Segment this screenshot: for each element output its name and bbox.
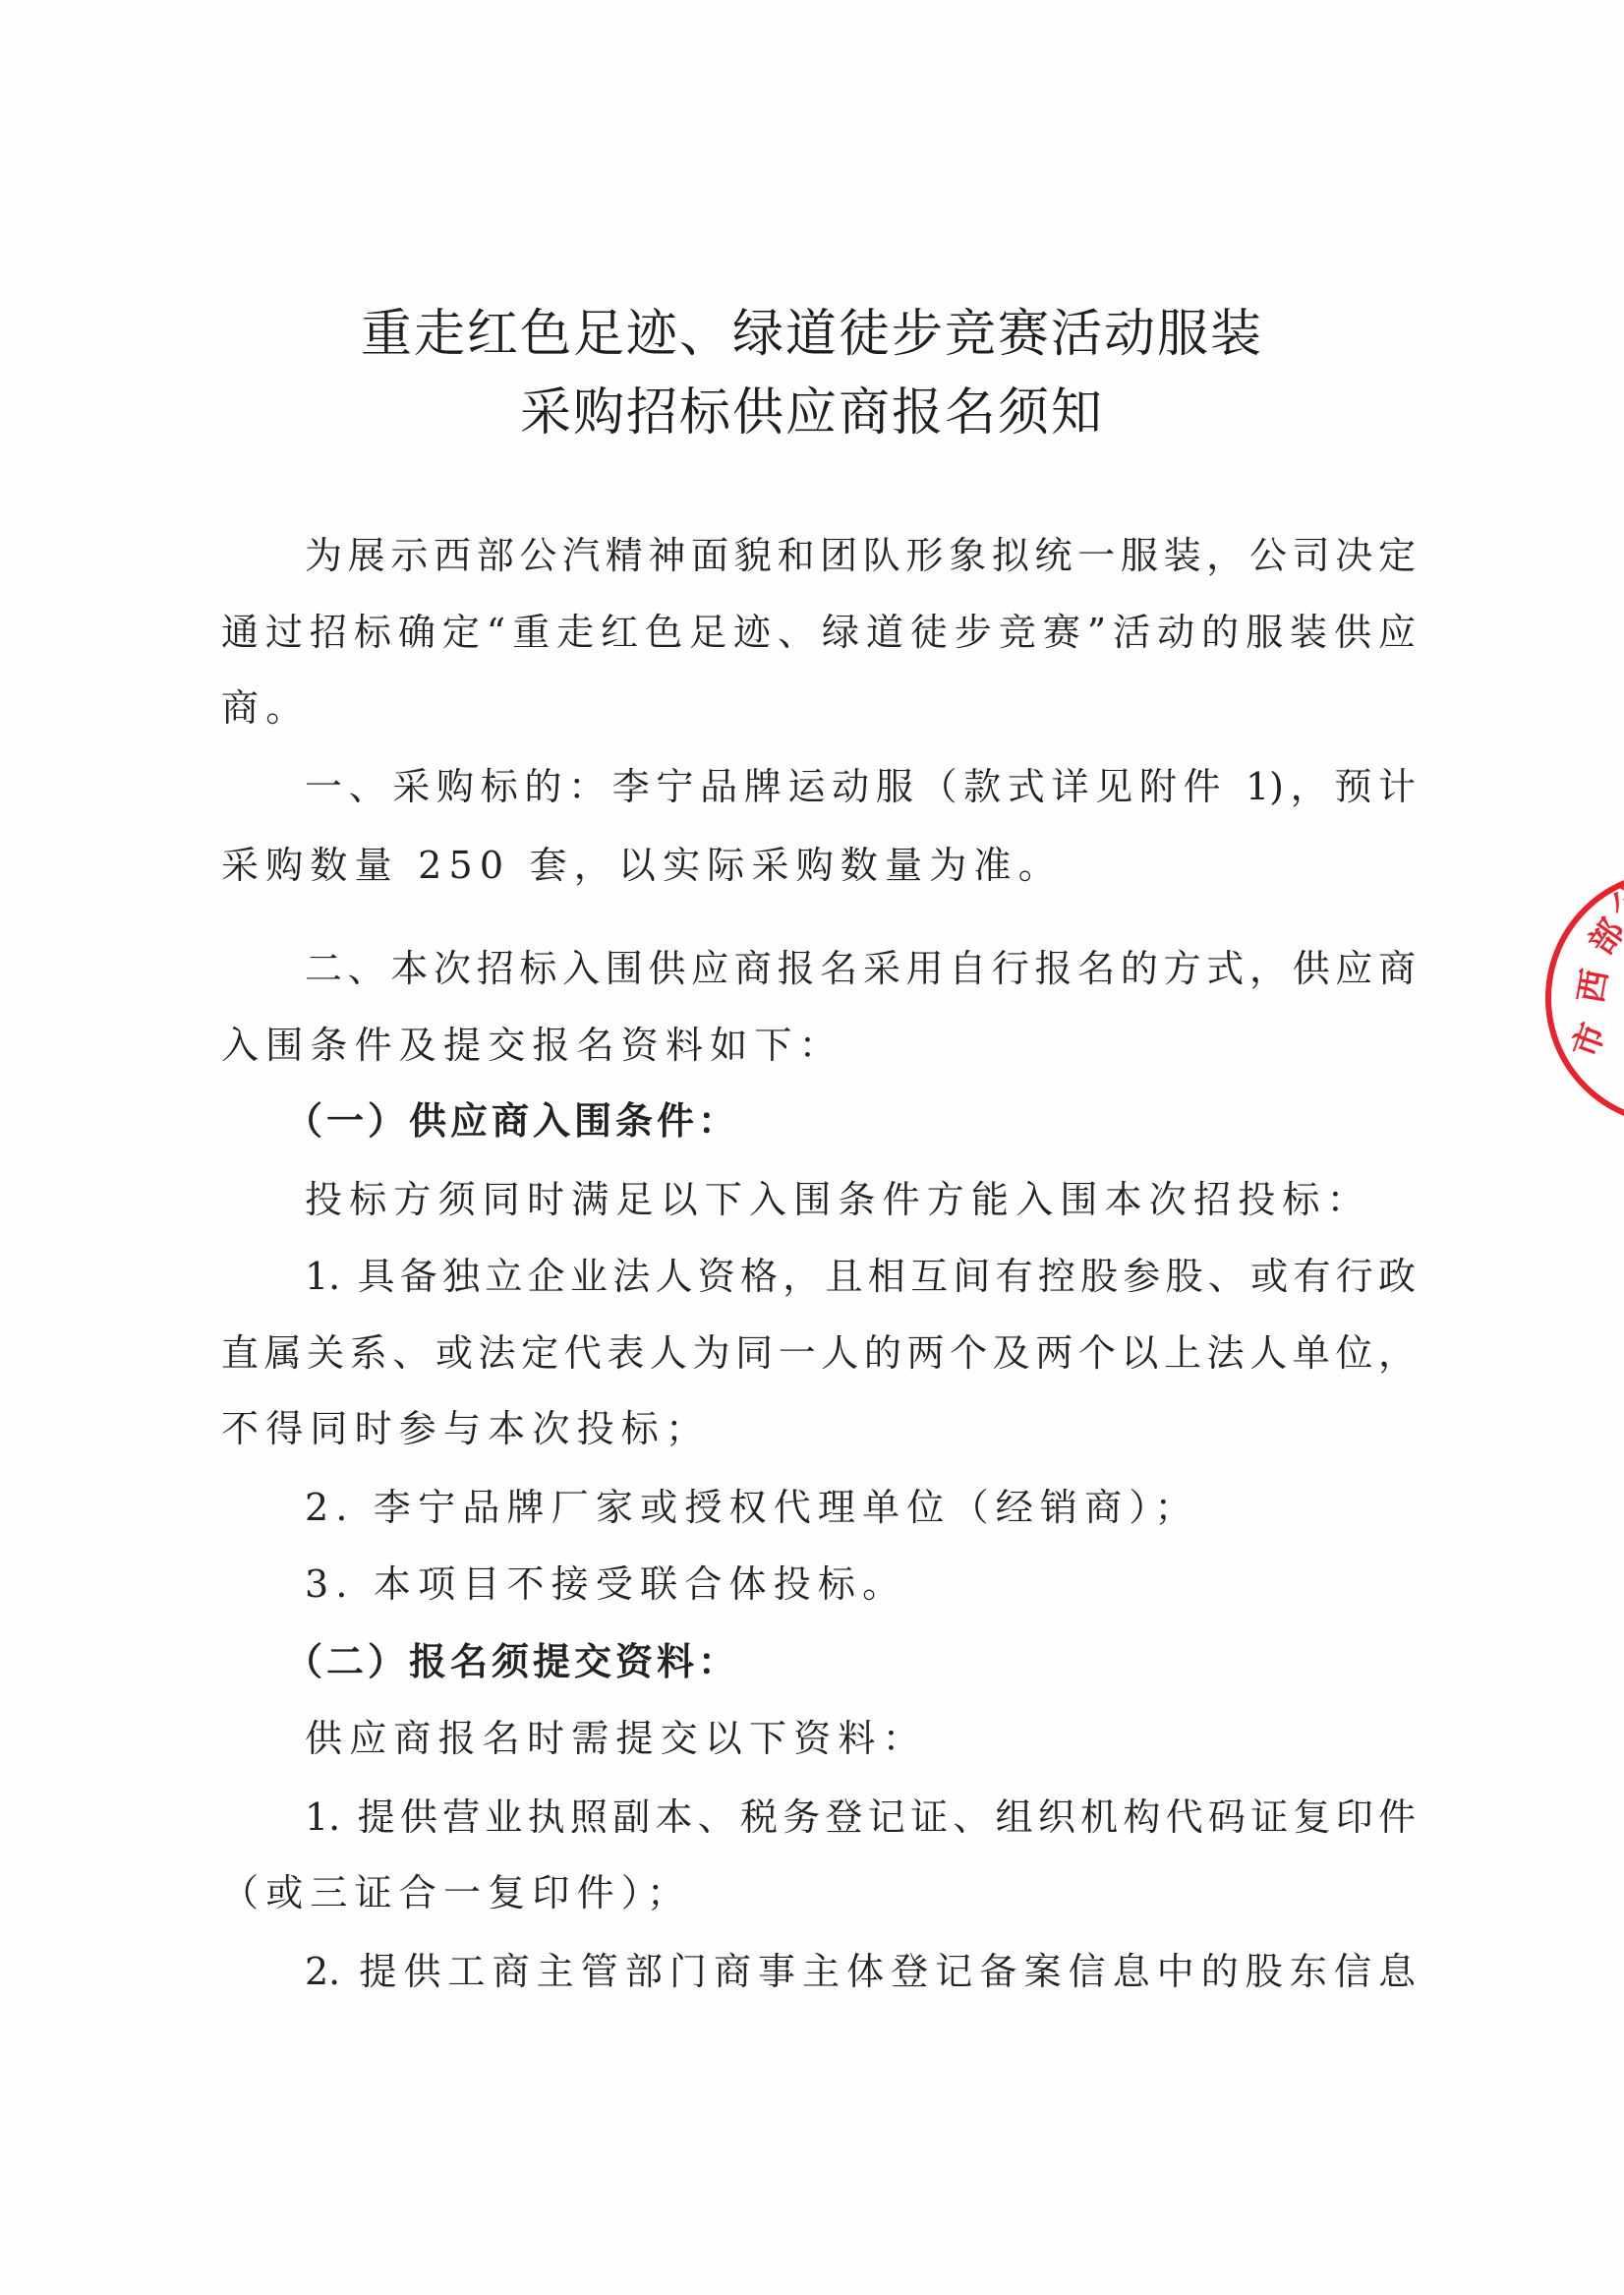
intro-line-1: 为展示西部公汽精神面貌和团队形象拟统一服装，公司决定 xyxy=(305,531,1416,580)
material-2-line-1: 2. 提供工商主管部门商事主体登记备案信息中的股东信息 xyxy=(305,1947,1416,1996)
material-1-line-2: （或三证合一复印件）； xyxy=(221,1868,1416,1917)
seal-char: 市 xyxy=(1568,1019,1611,1062)
subsection-1-heading: （一）供应商入围条件： xyxy=(285,1096,1479,1146)
condition-3: 3. 本项目不接受联合体投标。 xyxy=(305,1559,1416,1609)
condition-1-line-1: 1. 具备独立企业法人资格，且相互间有控股参股、或有行政 xyxy=(305,1252,1416,1301)
section-1-line-2: 采购数量 250 套，以实际采购数量为准。 xyxy=(221,841,1416,890)
section-2-line-1: 二、本次招标入围供应商报名采用自行报名的方式，供应商 xyxy=(305,944,1416,993)
document-page: 重走红色足迹、绿道徒步竞赛活动服装 采购招标供应商报名须知 为展示西部公汽精神面… xyxy=(0,0,1624,2295)
condition-1-line-3: 不得同时参与本次投标； xyxy=(221,1404,1416,1453)
section-2-line-2: 入围条件及提交报名资料如下： xyxy=(221,1021,1416,1070)
official-seal-stamp: 市 西 部 公 xyxy=(1545,870,1624,1126)
condition-2: 2. 李宁品牌厂家或授权代理单位（经销商）； xyxy=(305,1483,1416,1532)
subsection-2-lead: 供应商报名时需提交以下资料： xyxy=(305,1714,1416,1763)
intro-line-3: 商。 xyxy=(221,683,1416,733)
document-title-line-1: 重走红色足迹、绿道徒步竞赛活动服装 xyxy=(0,305,1624,364)
condition-1-line-2: 直属关系、或法定代表人为同一人的两个及两个以上法人单位， xyxy=(221,1328,1416,1378)
subsection-2-heading: （二）报名须提交资料： xyxy=(285,1637,1479,1686)
material-1-line-1: 1. 提供营业执照副本、税务登记证、组织机构代码证复印件 xyxy=(305,1793,1416,1842)
intro-line-2: 通过招标确定“重走红色足迹、绿道徒步竞赛”活动的服装供应 xyxy=(221,608,1416,657)
seal-char: 部 xyxy=(1584,913,1624,960)
seal-char: 西 xyxy=(1574,967,1612,1005)
subsection-1-lead: 投标方须同时满足以下入围条件方能入围本次招投标： xyxy=(305,1175,1416,1224)
document-title-line-2: 采购招标供应商报名须知 xyxy=(0,383,1624,442)
section-1-line-1: 一、采购标的：李宁品牌运动服（款式详见附件 1)，预计 xyxy=(305,762,1416,811)
